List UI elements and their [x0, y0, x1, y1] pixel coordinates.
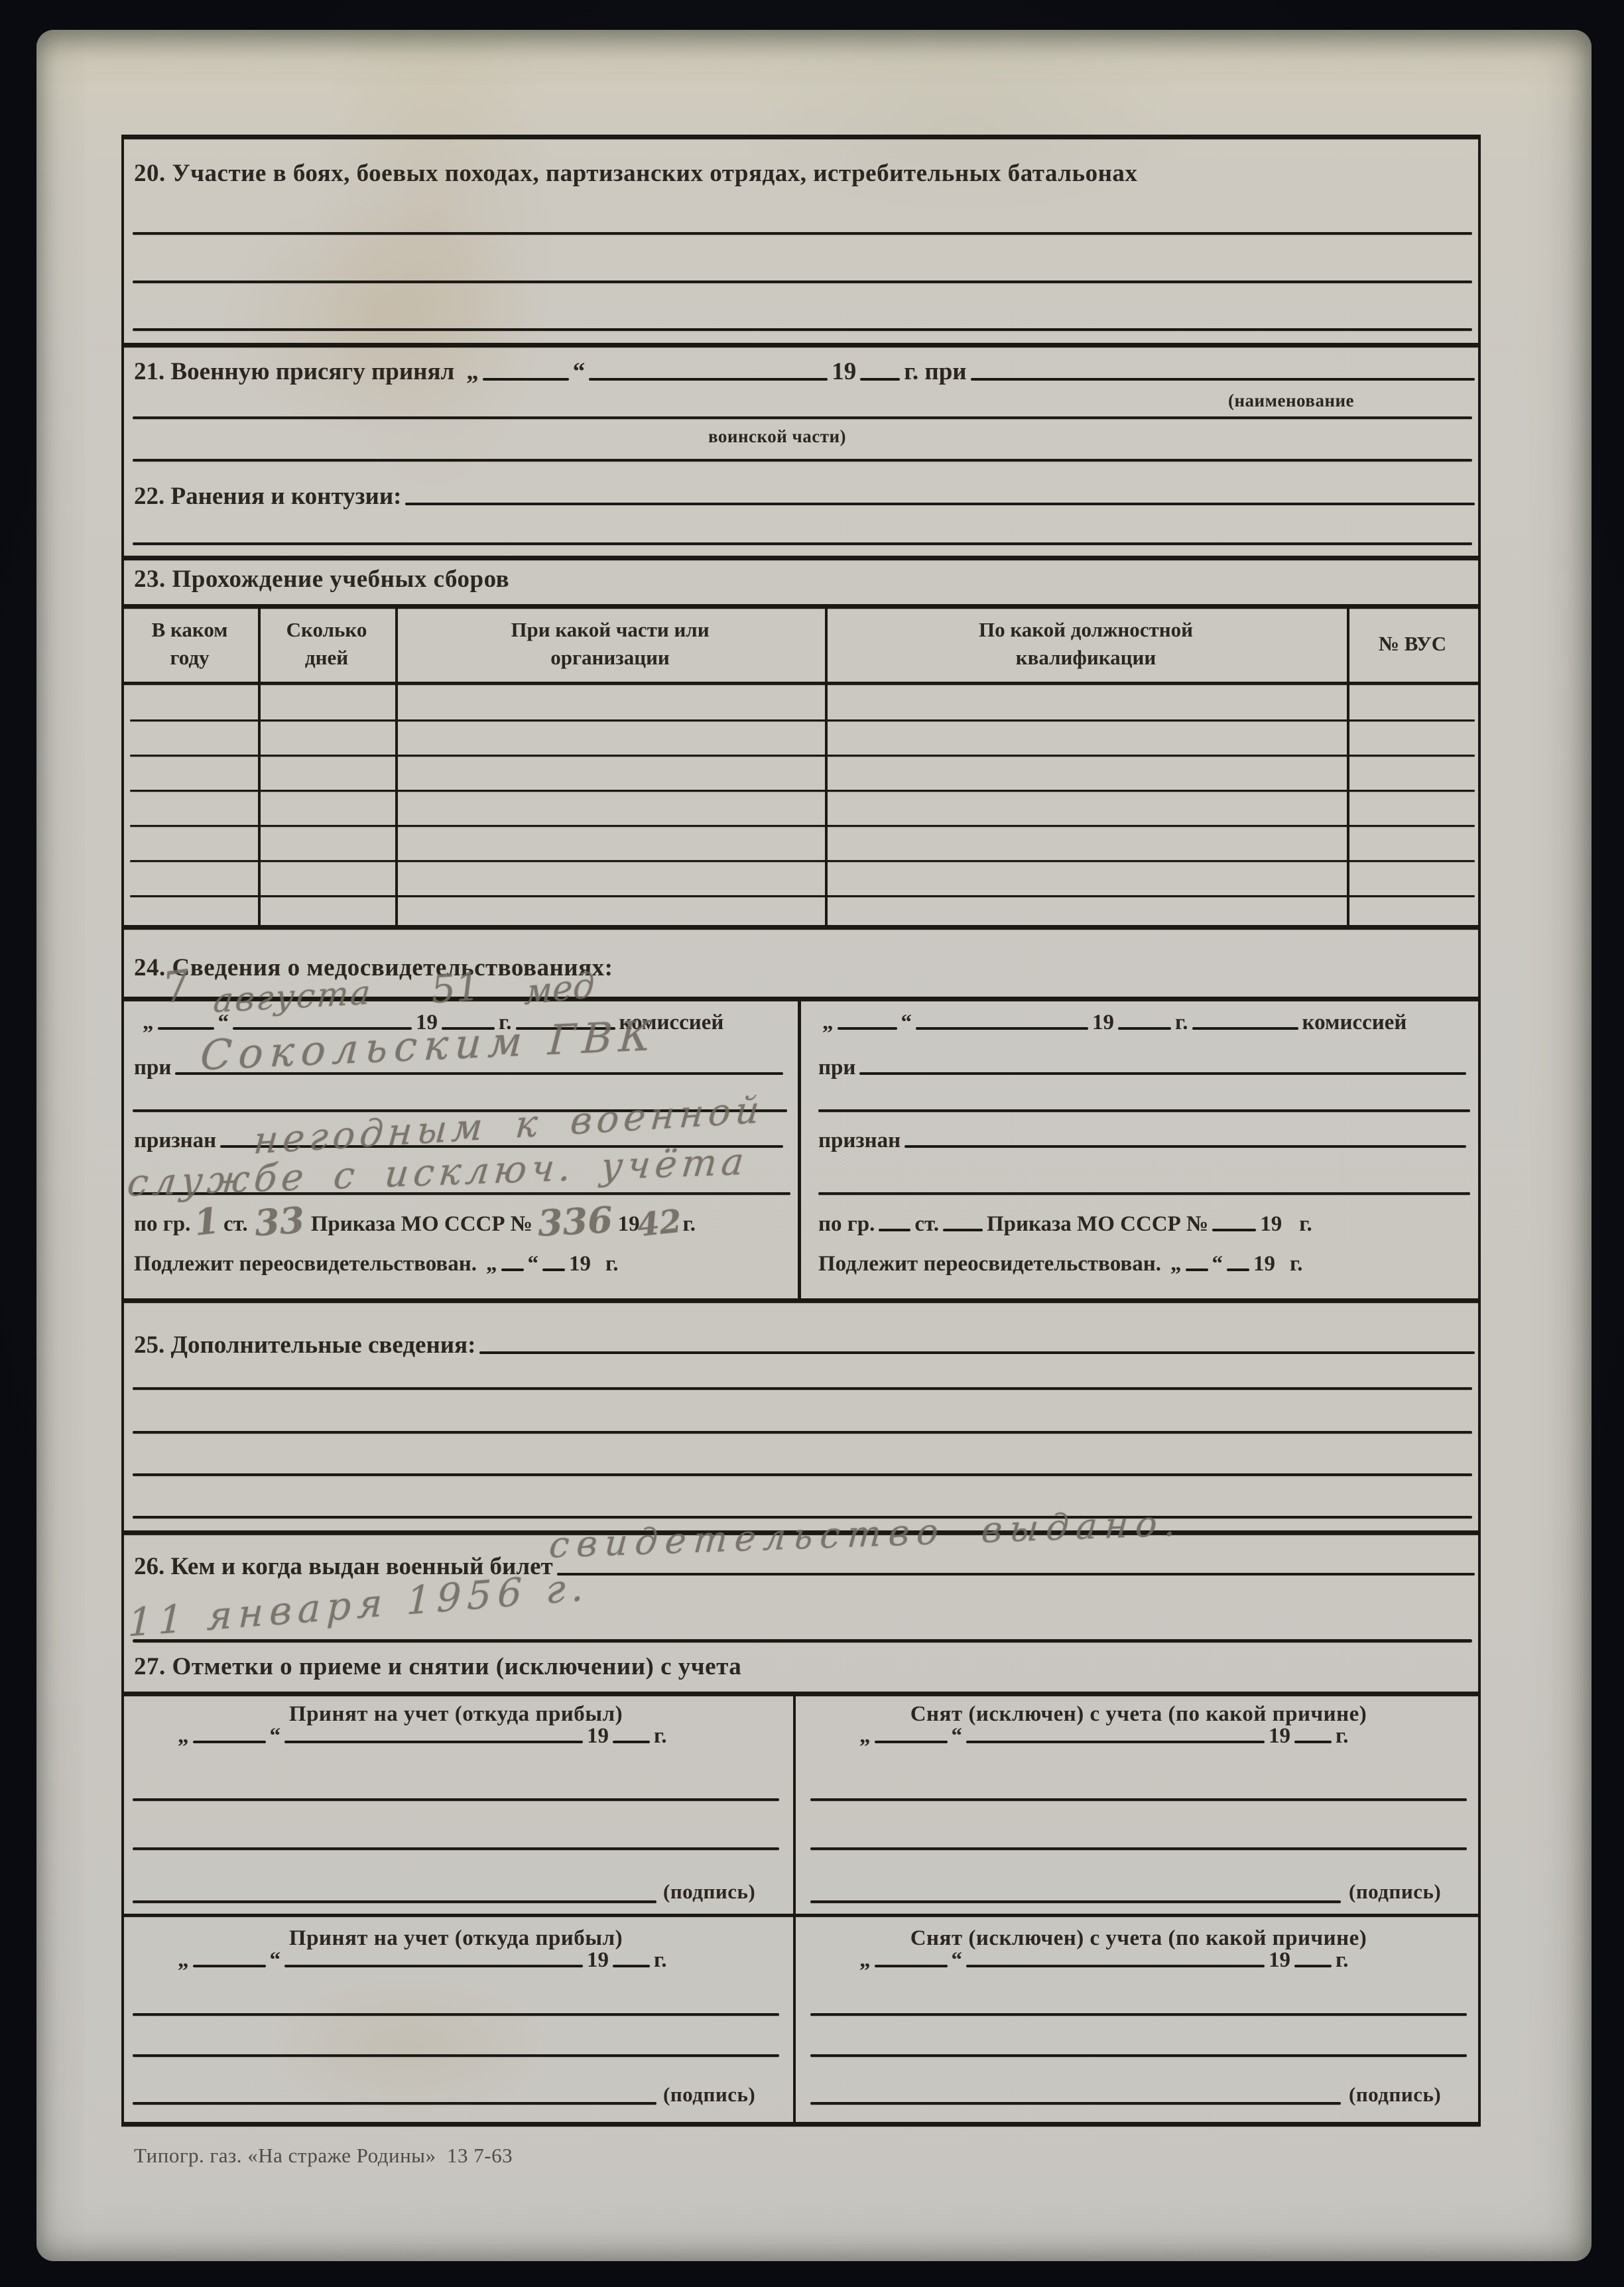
accept-date-row: „ “ 19 г.: [178, 1948, 667, 1973]
pri-label: при: [134, 1056, 171, 1081]
section-21-heading: 21. Военную присягу принял: [134, 358, 454, 387]
g-label: г.: [1175, 1011, 1188, 1036]
ruled-line: [133, 459, 1472, 462]
col-header-qualification: По какой должностной квалификации: [825, 607, 1347, 681]
quote-open: „: [143, 1011, 154, 1036]
blank-year: [860, 378, 900, 381]
med-resurvey-row-left: Подлежит переосвидетельствован. „ “ 19 г…: [134, 1252, 619, 1277]
blank-priznan: [905, 1145, 1466, 1148]
section-24-divider: [798, 997, 801, 1301]
blank-gr: [879, 1229, 910, 1231]
table-row-line: [130, 860, 1475, 862]
year-19: 19: [1253, 1252, 1275, 1277]
signature-line: [133, 1900, 656, 1903]
table-row-divider: [121, 1914, 1481, 1917]
section-divider: [121, 343, 1481, 347]
col-header-line: В каком: [152, 616, 228, 644]
section-26-row: 26. Кем и когда выдан военный билет: [134, 1553, 1479, 1581]
table-header-rule: [121, 682, 1481, 685]
year-19: 19: [1269, 1948, 1290, 1973]
g-label: г.: [605, 1252, 619, 1277]
priznan-label: признан: [134, 1129, 216, 1154]
signature-hint: (подпись): [1349, 1879, 1441, 1904]
blank-year: [1294, 1741, 1332, 1743]
ruled-line: [133, 1473, 1472, 1476]
removed-date-row: „ “ 19 г.: [859, 1948, 1349, 1973]
resurvey-label: Подлежит переосвидетельствован.: [818, 1252, 1161, 1277]
blank-year: [613, 1741, 650, 1743]
table-row-line: [130, 719, 1475, 721]
column-border: [825, 604, 828, 928]
g-pri-label: г. при: [904, 358, 966, 387]
year-19: 19: [587, 1724, 609, 1749]
year-19: 19: [1260, 1212, 1282, 1237]
handwriting-order-year: 42: [636, 1208, 683, 1240]
section-20-heading: 20. Участие в боях, боевых походах, парт…: [134, 159, 1137, 188]
prikaz-label: Приказа МО СССР №: [987, 1212, 1208, 1237]
blank-day: [875, 1741, 948, 1743]
blank-month: [284, 1741, 583, 1743]
col-header-line: № ВУС: [1379, 630, 1446, 658]
pri-label: при: [818, 1056, 855, 1081]
st-label: ст.: [914, 1212, 939, 1237]
ruled-line: [133, 1847, 779, 1850]
quote-open: „: [178, 1948, 189, 1973]
g-label: г.: [1336, 1948, 1349, 1973]
table-row-line: [130, 755, 1475, 757]
table-top-rule: [121, 1692, 1481, 1696]
handwriting-year: 51: [430, 964, 481, 1013]
blank-month: [589, 378, 828, 381]
col-header-year: В каком году: [121, 607, 258, 681]
g-label: г.: [654, 1724, 667, 1749]
handwriting-order-no: 336: [537, 1205, 613, 1239]
ruled-line: [133, 416, 1472, 419]
signature-hint: (подпись): [663, 2082, 755, 2107]
ruled-line: [818, 1109, 1470, 1112]
quote-open: „: [859, 1948, 871, 1973]
blank-day: [158, 1027, 214, 1030]
quote-close: “: [1212, 1252, 1223, 1277]
blank-month: [284, 1965, 583, 1967]
blank-day: [501, 1268, 524, 1271]
hint-voinskoy-chasti: воинской части): [708, 426, 846, 447]
col-header-line: квалификации: [1016, 644, 1156, 672]
section-25-row: 25. Дополнительные сведения:: [134, 1331, 1479, 1360]
section-25-heading: 25. Дополнительные сведения:: [134, 1331, 475, 1360]
ruled-line: [133, 1431, 1472, 1434]
blank-unit: [971, 378, 1475, 381]
section-divider: [121, 556, 1481, 560]
blank-commission-name: [859, 1072, 1466, 1075]
quote-close: “: [952, 1724, 963, 1749]
g-label: г.: [654, 1948, 667, 1973]
signature-hint: (подпись): [1349, 2082, 1441, 2107]
ruled-line: [810, 2013, 1467, 2016]
blank-month: [542, 1268, 565, 1271]
column-border: [1347, 604, 1349, 928]
column-border: [258, 604, 261, 928]
po-gr-label: по гр.: [818, 1212, 875, 1237]
med-order-row-right: по гр. ст. Приказа МО СССР № 19 г.: [818, 1212, 1312, 1237]
g-label: г.: [1336, 1724, 1349, 1749]
quote-open: „: [486, 1252, 497, 1277]
signature-line: [810, 2102, 1341, 2105]
signature-hint: (подпись): [663, 1879, 755, 1904]
col-header-line: году: [170, 644, 209, 672]
blank-month: [966, 1741, 1265, 1743]
g-label: г.: [682, 1212, 696, 1237]
blank-day: [838, 1027, 897, 1030]
blank-order-no: [1212, 1229, 1256, 1231]
prikaz-label: Приказа МО СССР №: [311, 1212, 532, 1237]
section-27-heading: 27. Отметки о приеме и снятии (исключени…: [134, 1652, 741, 1682]
blank-day: [193, 1741, 266, 1743]
ruled-line: [133, 542, 1472, 545]
quote-open: „: [466, 358, 479, 387]
table-row-line: [130, 790, 1475, 792]
st-label: ст.: [223, 1212, 248, 1237]
med-order-row-left: по гр. 1 ст. 33 Приказа МО СССР № 336 19…: [134, 1207, 696, 1237]
year-19: 19: [587, 1948, 609, 1973]
col-header-unit: При какой части или организации: [395, 607, 825, 681]
med-pri-row-right: при: [818, 1056, 1470, 1081]
print-shop-imprint: Типогр. газ. «На страже Родины» 13 7-63: [134, 2143, 513, 2168]
table-row-line: [130, 825, 1475, 827]
blank-month: [966, 1965, 1265, 1967]
col-header-vus: № ВУС: [1347, 607, 1478, 681]
col-header-line: Сколько: [286, 616, 367, 644]
col-header-line: При какой части или: [511, 616, 709, 644]
blank-st: [943, 1229, 983, 1231]
form-left-border: [121, 135, 124, 2127]
section-22-heading: 22. Ранения и контузии:: [134, 483, 401, 511]
form-bottom-rule: [121, 2122, 1481, 2127]
blank-extra: [479, 1351, 1475, 1354]
handwriting-st: 33: [253, 1205, 305, 1239]
ruled-line: [810, 1798, 1467, 1801]
ruled-line: [810, 2054, 1467, 2057]
blank-commission-type: [1192, 1027, 1298, 1030]
ruled-line: [133, 1387, 1472, 1390]
table-row-line: [130, 895, 1475, 897]
quote-close: “: [573, 358, 586, 387]
quote-open: „: [178, 1724, 189, 1749]
hint-naimenovanie: (наименование: [1228, 390, 1354, 411]
blank-wounds: [405, 503, 1475, 505]
year-19: 19: [832, 358, 856, 387]
signature-line: [810, 1900, 1341, 1903]
blank-day: [875, 1965, 948, 1967]
quote-open: „: [1170, 1252, 1182, 1277]
blank-day: [193, 1965, 266, 1967]
g-label: г.: [1290, 1252, 1303, 1277]
section-23-heading: 23. Прохождение учебных сборов: [134, 565, 509, 594]
section-24-bottom-rule: [121, 1298, 1481, 1303]
quote-close: “: [952, 1948, 963, 1973]
med-date-row-right: „ “ 19 г. комиссией: [822, 1011, 1406, 1036]
quote-close: “: [270, 1948, 281, 1973]
g-label: г.: [1299, 1212, 1312, 1237]
blank-month: [1227, 1268, 1249, 1271]
ruled-line: [133, 2054, 779, 2057]
ruled-line: [818, 1192, 1470, 1195]
ruled-line: [133, 280, 1472, 283]
ruled-line: [133, 232, 1472, 235]
year-19: 19: [1269, 1724, 1290, 1749]
commission-label: комиссией: [1302, 1011, 1407, 1036]
col-header-line: организации: [550, 644, 670, 672]
removed-date-row: „ “ 19 г.: [859, 1724, 1349, 1749]
accept-date-row: „ “ 19 г.: [178, 1724, 667, 1749]
handwriting-gr: 1: [193, 1205, 221, 1239]
ruled-line: [810, 1847, 1467, 1850]
year-19: 19: [1092, 1011, 1114, 1036]
scan-background: 20. Участие в боях, боевых походах, парт…: [0, 0, 1624, 2287]
column-border: [395, 604, 398, 928]
col-header-days: Сколько дней: [258, 607, 395, 681]
blank-day: [1186, 1268, 1208, 1271]
quote-open: „: [859, 1724, 871, 1749]
section-21-row: 21. Военную присягу принял „ “ 19 г. при: [134, 358, 1479, 387]
med-priznan-row-right: признан: [818, 1129, 1470, 1154]
blank-day: [483, 378, 569, 381]
form-top-rule: [121, 135, 1481, 139]
ruled-line: [133, 328, 1472, 331]
ruled-line: [133, 1639, 1472, 1642]
quote-close: “: [901, 1011, 912, 1036]
priznan-label: признан: [818, 1129, 901, 1154]
po-gr-label: по гр.: [134, 1212, 190, 1237]
resurvey-label: Подлежит переосвидетельствован.: [134, 1252, 477, 1277]
col-header-line: дней: [305, 644, 348, 672]
table-center-border: [793, 1692, 796, 2126]
signature-line: [133, 2102, 656, 2105]
blank-year: [613, 1965, 650, 1967]
form-right-border: [1478, 135, 1481, 2127]
table-bottom-rule: [121, 925, 1481, 930]
quote-open: „: [822, 1011, 834, 1036]
section-22-row: 22. Ранения и контузии:: [134, 483, 1479, 511]
col-header-line: По какой должностной: [979, 616, 1193, 644]
blank-year: [1118, 1027, 1171, 1030]
med-resurvey-row-right: Подлежит переосвидетельствован. „ “ 19 г…: [818, 1252, 1303, 1277]
quote-close: “: [528, 1252, 539, 1277]
ruled-line: [133, 1798, 779, 1801]
quote-close: “: [270, 1724, 281, 1749]
blank-issued-by: [557, 1573, 1475, 1576]
blank-month: [916, 1027, 1088, 1030]
handwriting-med: мед: [524, 965, 594, 1013]
year-19: 19: [569, 1252, 591, 1277]
blank-year: [1294, 1965, 1332, 1967]
ruled-line: [133, 2013, 779, 2016]
